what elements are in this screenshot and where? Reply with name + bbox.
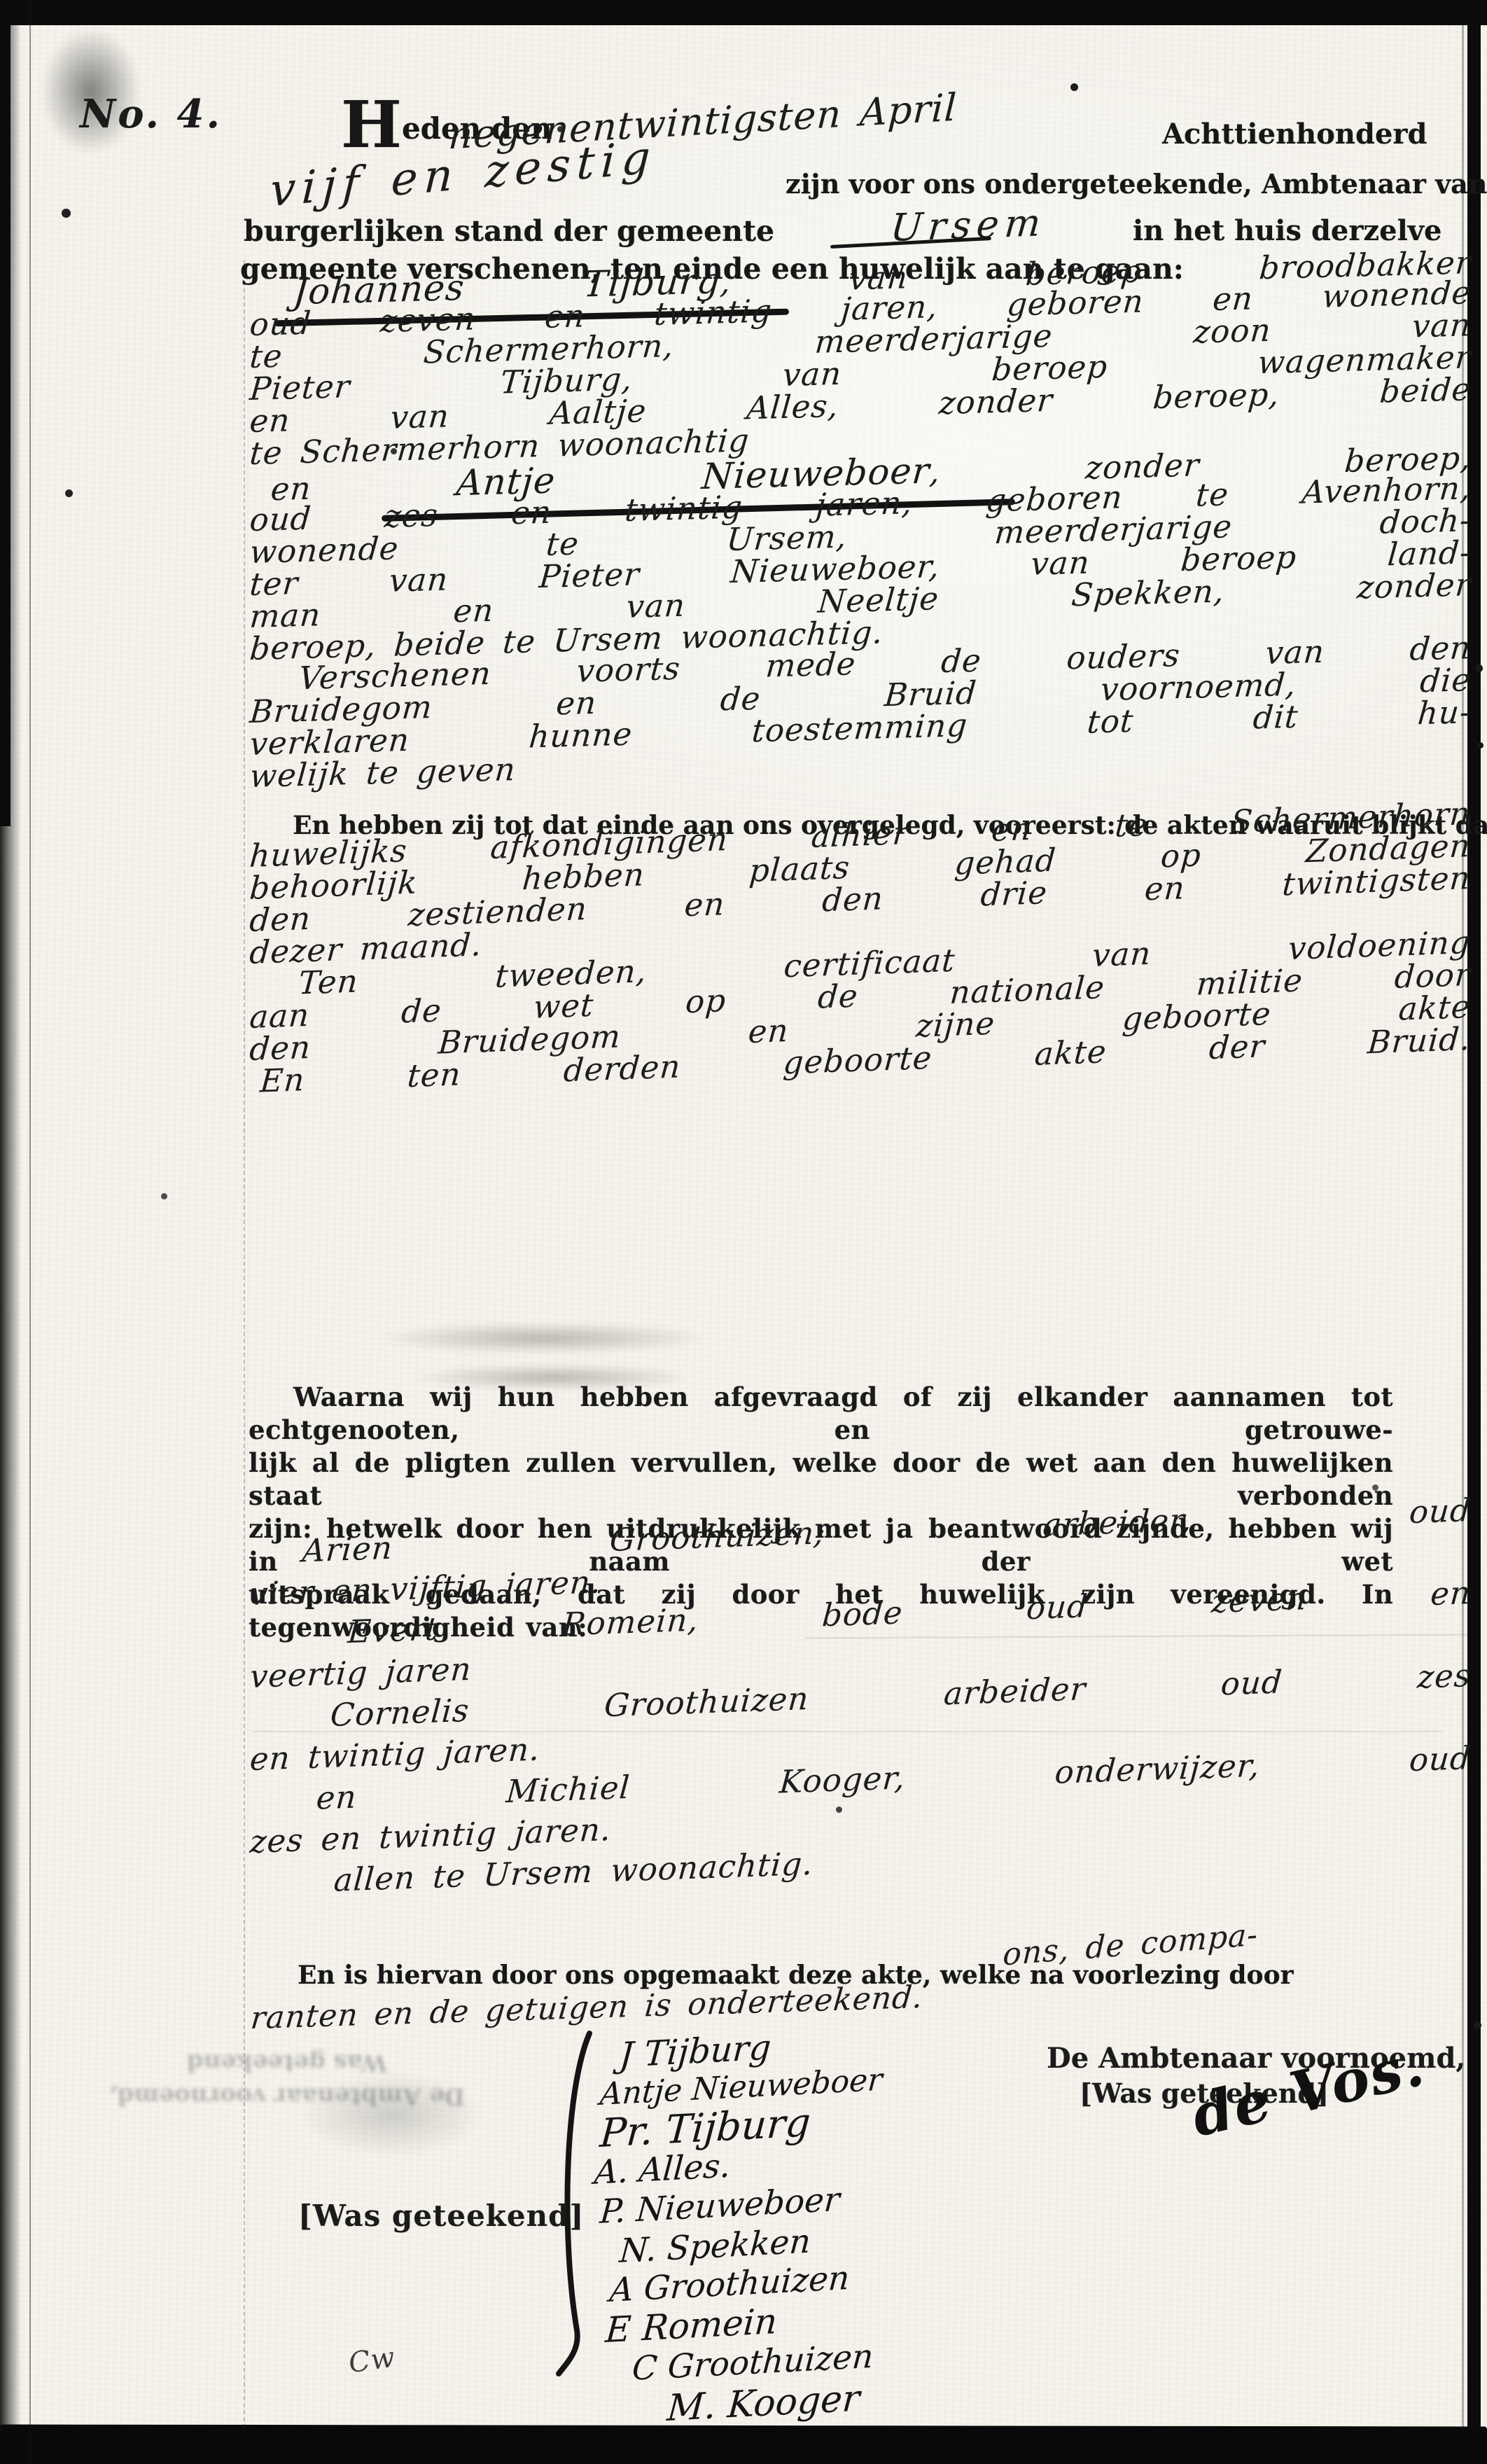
bleedthrough-line: Was geteekend: [105, 2046, 469, 2080]
printed-header-line3b: in het huis derzelve: [1133, 214, 1441, 247]
scan-spine-dark: [0, 0, 11, 826]
margin-mark: Cw: [347, 2341, 398, 2380]
drop-cap-H: H: [341, 87, 402, 162]
printed-achttienhonderd: Achttienhonderd: [1162, 118, 1427, 151]
declaration-line: Waarna wij hun hebben afgevraagd of zij …: [249, 1381, 1393, 1447]
scan-edge-bottom: [0, 2430, 1487, 2464]
printed-header-line2: zijn voor ons ondergeteekende, Ambtenaar…: [786, 168, 1487, 200]
ink-smudge: [378, 1322, 707, 1354]
documents-details: huwelijks afkondigingen alhier en te Sch…: [249, 840, 1470, 1098]
witness-list: Arien Groothuizen; arbeider, oudvier en …: [249, 1532, 1470, 1904]
bleedthrough-line: De Ambtenaar voornoemd,: [105, 2080, 469, 2113]
margin-rule-left: [29, 0, 31, 2464]
scan-edge-top: [0, 0, 1487, 25]
signatures-column: J TijburgAntje NieuweboerPr. TijburgA. A…: [599, 2036, 1089, 2428]
act-number: No. 4.: [80, 91, 222, 137]
was-geteekend-label: [Was geteekend]: [298, 2199, 584, 2233]
ink-specks: [0, 0, 4, 4]
marriage-certificate-scan: No. 4. Heden den negenentwintigsten Apri…: [0, 0, 1487, 2464]
parents-consent: Verschenen voorts mede de ouders van den…: [249, 664, 1470, 793]
printed-header-line3a: burgerlijken stand der gemeente: [244, 214, 774, 248]
bleedthrough-text: De Ambtenaar voornoemd, Was geteekend: [105, 2046, 469, 2113]
